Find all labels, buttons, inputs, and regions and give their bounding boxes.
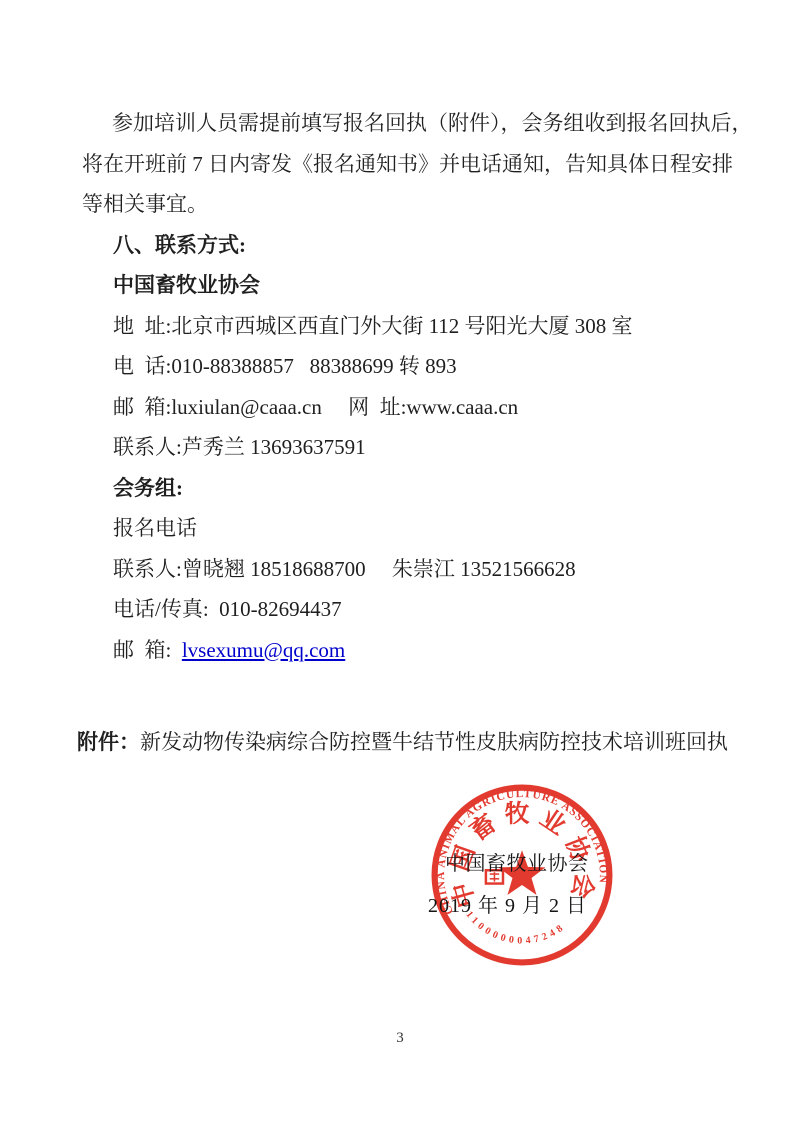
signature-date: 2019 年 9 月 2 日 [428, 889, 587, 918]
organizing-group-phone-fax-line: 电话/传真: 010-82694437 [82, 589, 772, 630]
signature-org-name: 中国畜牧业协会 [445, 847, 589, 876]
email-label: 邮 箱: [113, 638, 182, 662]
organizing-group-contact-line: 联系人:曾晓翘 18518688700 朱崇江 13521566628 [82, 549, 772, 590]
attachment-line: 附件：新发动物传染病综合防控暨牛结节性皮肤病防控技术培训班回执 [77, 722, 777, 763]
paragraph-line: 等相关事宜。 [82, 184, 772, 225]
association-phone-line: 电 话:010-88388857 88388699 转 893 [82, 346, 772, 387]
organizing-group-heading: 会务组: [82, 468, 772, 509]
document-page: 参加培训人员需提前填写报名回执（附件），会务组收到报名回执后， 将在开班前 7 … [0, 0, 800, 1132]
page-number: 3 [0, 1030, 800, 1047]
association-contact-line: 联系人:芦秀兰 13693637591 [82, 427, 772, 468]
document-body: 参加培训人员需提前填写报名回执（附件），会务组收到报名回执后， 将在开班前 7 … [82, 103, 772, 670]
association-name: 中国畜牧业协会 [82, 265, 772, 306]
paragraph-line: 参加培训人员需提前填写报名回执（附件），会务组收到报名回执后， [82, 103, 772, 144]
registration-phone-label: 报名电话 [82, 508, 772, 549]
attachment-text: 新发动物传染病综合防控暨牛结节性皮肤病防控技术培训班回执 [140, 730, 728, 754]
association-address-line: 地 址:北京市西城区西直门外大街 112 号阳光大厦 308 室 [82, 306, 772, 347]
organizing-group-email-line: 邮 箱: lvsexumu@qq.com [82, 630, 772, 671]
section-heading: 八、联系方式: [82, 225, 772, 266]
paragraph-line: 将在开班前 7 日内寄发《报名通知书》并电话通知，告知具体日程安排 [82, 144, 772, 185]
attachment-label: 附件： [77, 730, 140, 754]
association-email-web-line: 邮 箱:luxiulan@caaa.cn 网 址:www.caaa.cn [82, 387, 772, 428]
email-link[interactable]: lvsexumu@qq.com [182, 638, 345, 662]
